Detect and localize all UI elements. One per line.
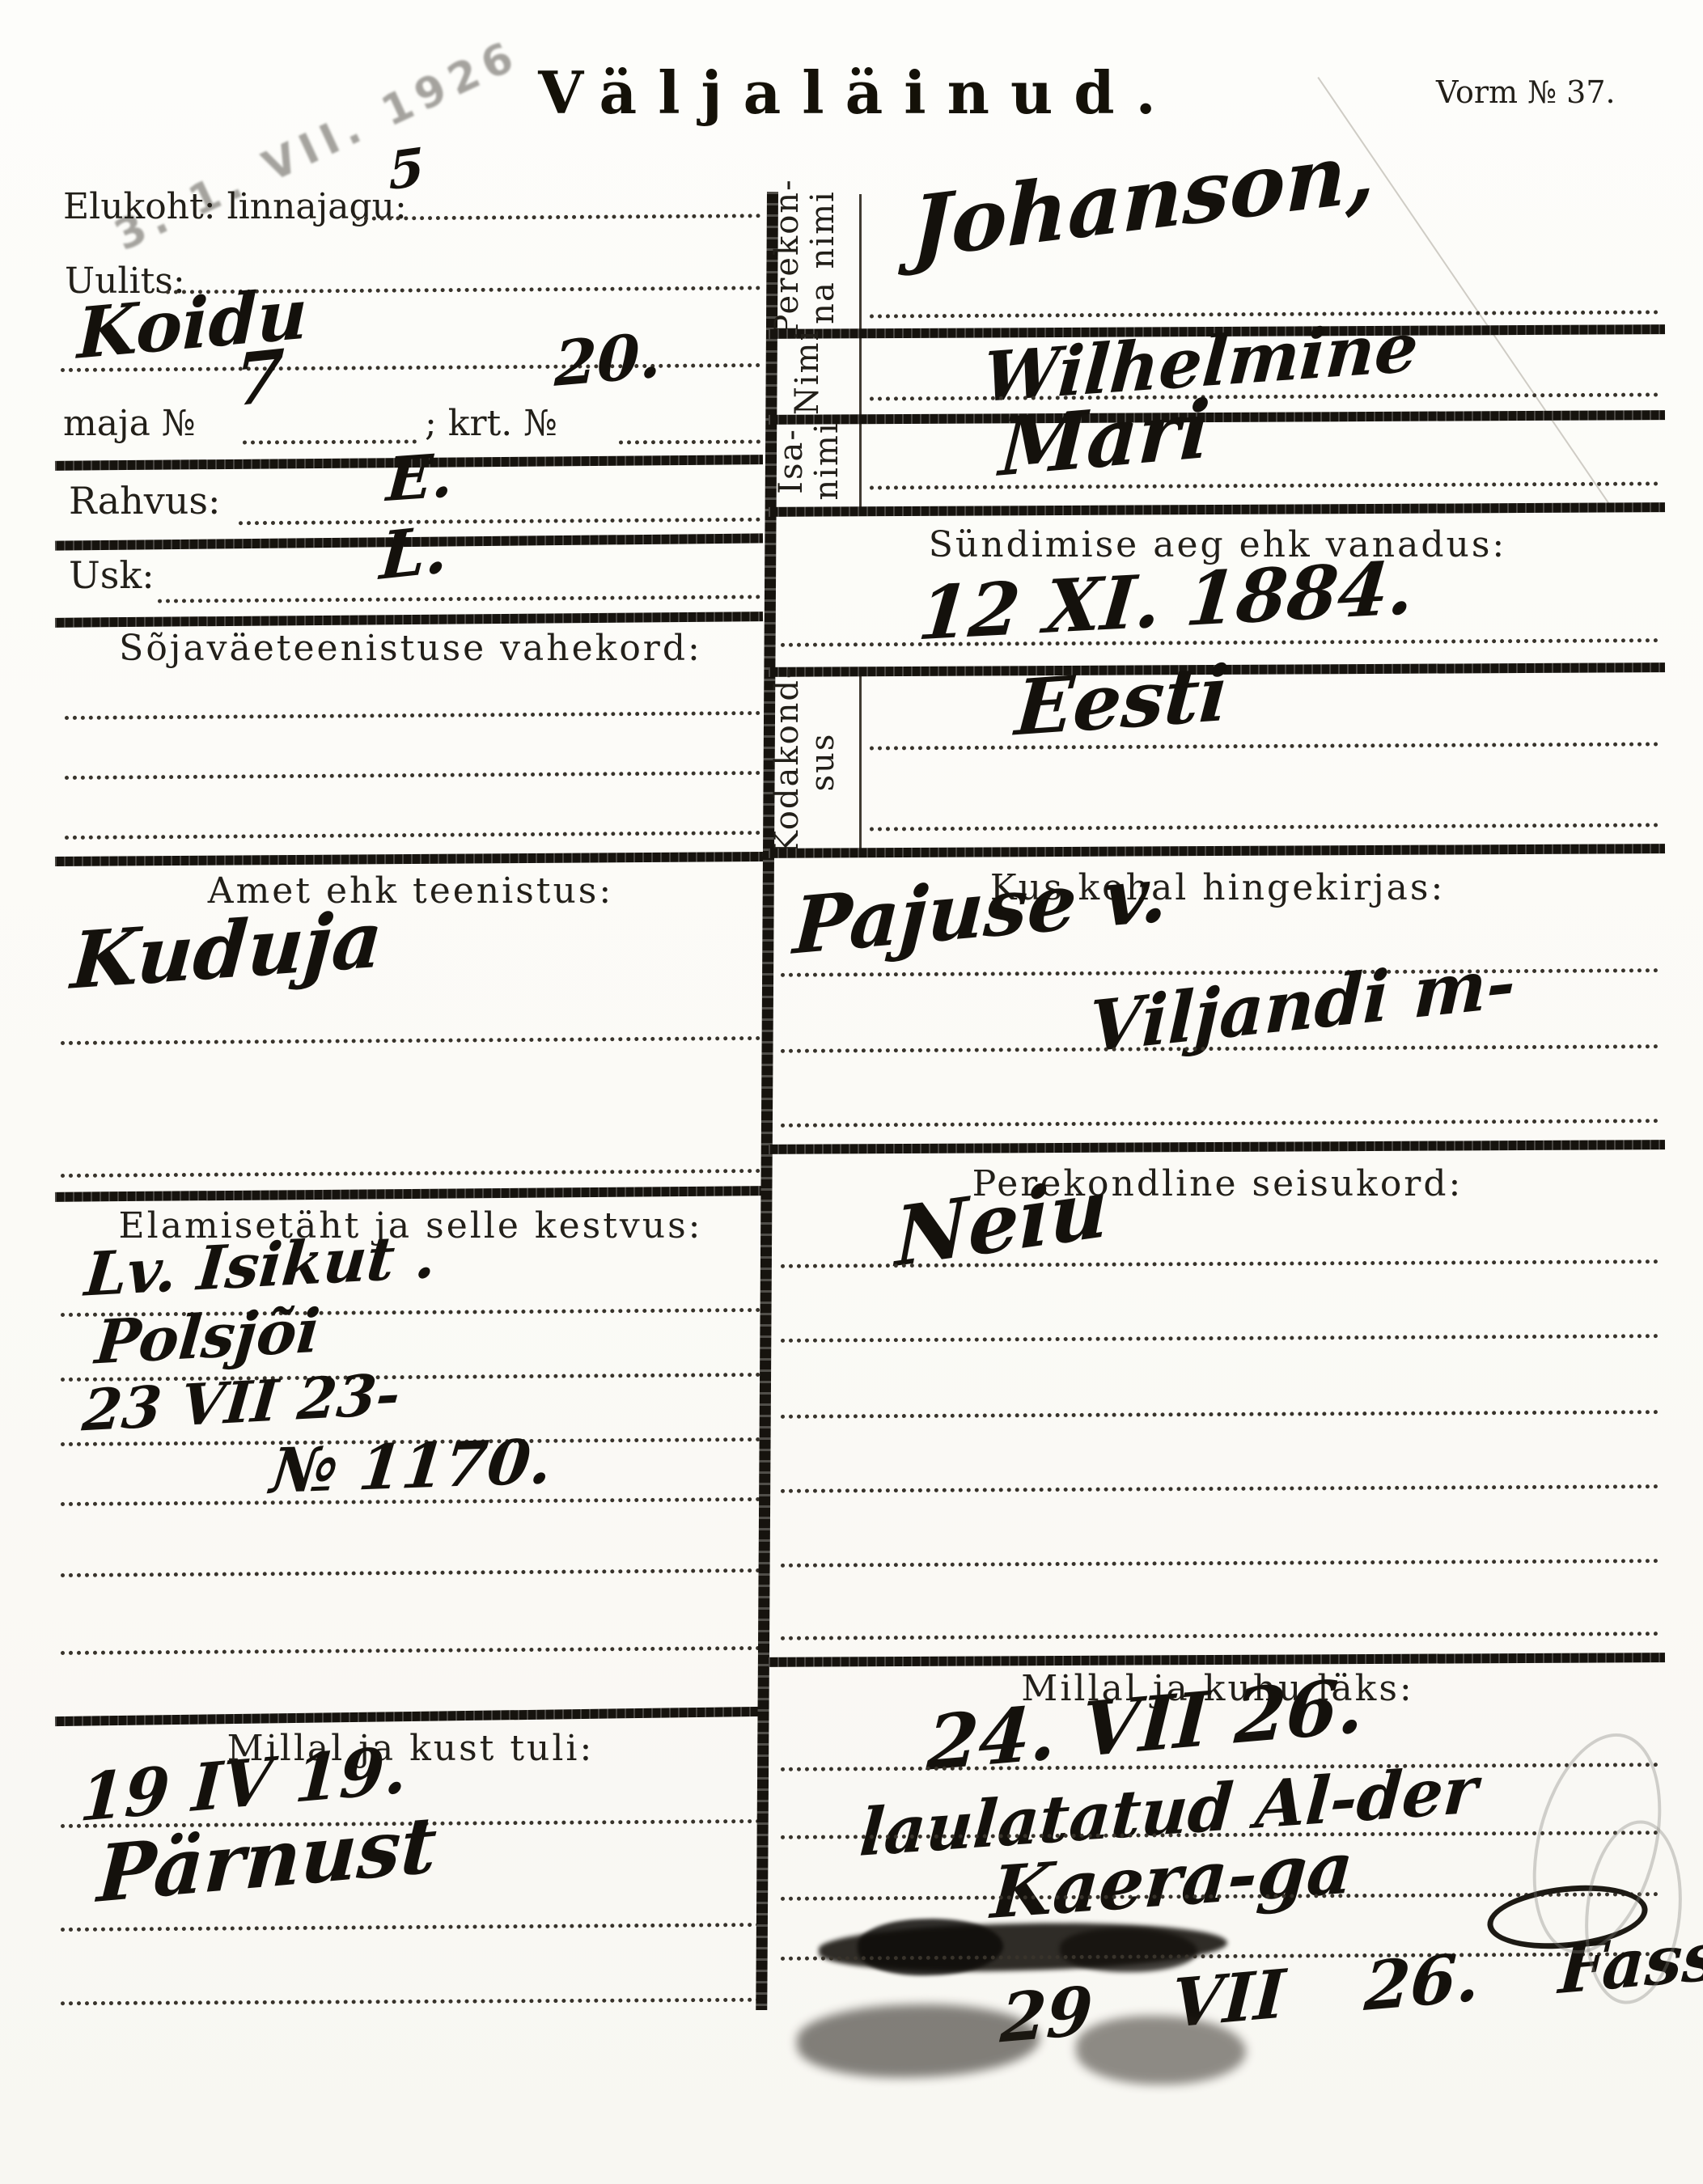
dotted-line	[243, 439, 417, 444]
dotted-line	[781, 1334, 1659, 1343]
field-value-rahvus: E.	[384, 441, 455, 515]
section-divider	[769, 502, 1665, 517]
dotted-line	[781, 1410, 1659, 1419]
field-value-isanimi: Mari	[997, 383, 1212, 495]
section-divider	[769, 1140, 1665, 1154]
dotted-line	[781, 1632, 1659, 1640]
dotted-line	[65, 831, 760, 840]
dotted-line	[870, 481, 1659, 489]
field-label-usk: Usk:	[69, 553, 155, 597]
section-divider	[55, 1186, 763, 1202]
section-divider	[55, 1707, 763, 1726]
dotted-line	[158, 595, 760, 603]
section-divider	[55, 612, 763, 628]
dotted-line	[781, 1559, 1659, 1568]
ink-smudge	[1076, 2016, 1246, 2085]
dotted-line	[356, 214, 760, 220]
dotted-line	[61, 1646, 760, 1655]
section-divider	[769, 1653, 1665, 1667]
dotted-line	[61, 1169, 760, 1178]
section-header-sojavaeteenistus: Sõjaväeteenistuse vahekord:	[61, 628, 760, 669]
scanned-form-page: 3. 1. VII. 1926 Väljaläinud. Vorm № 37. …	[0, 0, 1703, 2184]
field-value-linnajagu: 5	[388, 137, 426, 203]
dotted-line	[619, 440, 760, 445]
field-value-kodakondsus: Eesti	[1012, 649, 1231, 753]
field-label-maja-nr: maja №	[63, 403, 195, 444]
dotted-line	[781, 1119, 1659, 1128]
field-value-usk: L.	[378, 510, 451, 595]
label-column-rule	[859, 194, 862, 511]
field-value-maja-nr: 7	[233, 332, 286, 422]
rotated-label-line: Isa-	[773, 400, 809, 522]
dotted-line	[65, 771, 760, 780]
form-number: Vorm № 37.	[1436, 74, 1616, 110]
rotated-label-kodakondsus: Kodakond- sus	[769, 669, 858, 855]
field-value-elamisetaht-4: № 1170.	[267, 1425, 555, 1507]
rotated-label-line: Kodakond-	[769, 669, 805, 855]
field-label-krt-nr: ; krt. №	[425, 403, 557, 444]
field-value-hingekirjas-1: Pajuse v.	[791, 847, 1171, 971]
dotted-line	[870, 823, 1659, 831]
dotted-line	[61, 1036, 760, 1045]
section-divider	[769, 410, 1665, 425]
dotted-line	[781, 1484, 1659, 1493]
section-header-amet: Amet ehk teenistus:	[61, 870, 760, 912]
rotated-label-line: nimi	[809, 400, 845, 522]
field-label-elukoht: Elukoht: linnajagu:	[63, 186, 407, 227]
field-label-rahvus: Rahvus:	[69, 479, 220, 523]
rotated-label-isanimi: Isa- nimi	[773, 400, 854, 522]
dotted-line	[61, 1998, 760, 2006]
dotted-line	[870, 742, 1659, 750]
page-title: Väljaläinud.	[485, 58, 1230, 127]
field-value-krt-nr: 20.	[553, 319, 661, 400]
section-divider	[769, 844, 1665, 858]
dotted-line	[65, 711, 760, 720]
dotted-line	[239, 518, 760, 526]
rotated-label-line: sus	[805, 669, 841, 855]
section-divider	[55, 852, 763, 866]
field-value-perekonnanimi: Johanson,	[911, 121, 1376, 278]
dotted-line	[61, 1568, 760, 1577]
dotted-line	[61, 1923, 760, 1932]
label-column-rule	[859, 675, 862, 852]
